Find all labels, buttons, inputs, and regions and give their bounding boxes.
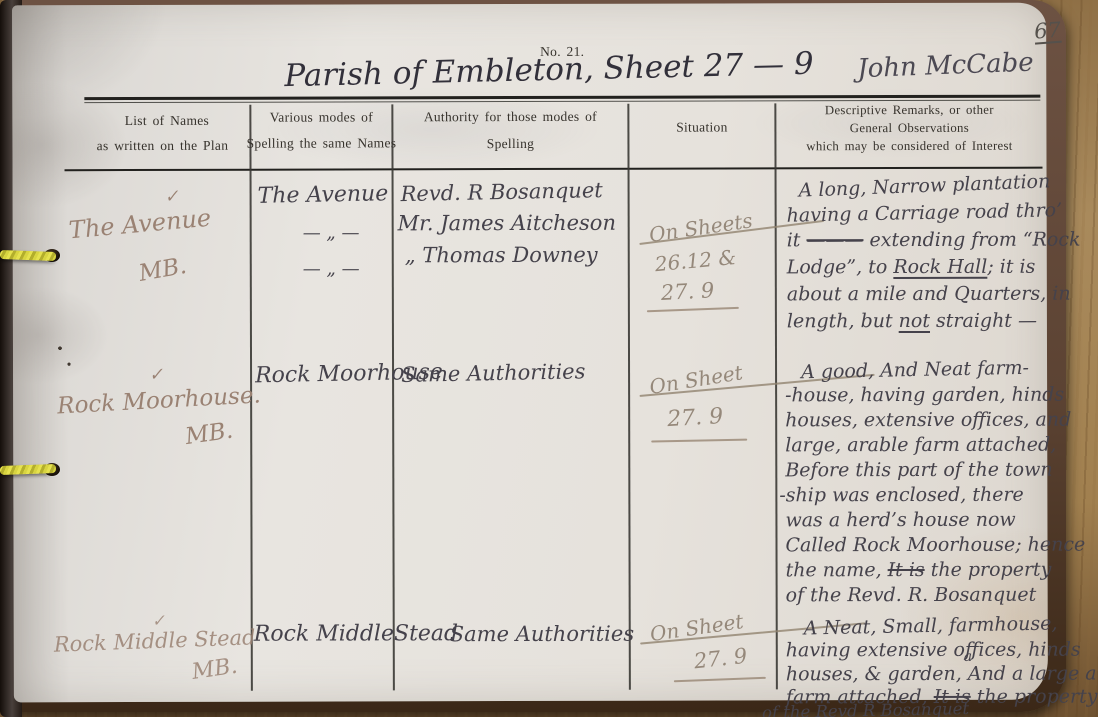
check-mark: ✓	[148, 364, 164, 385]
initials-mark: MB.	[137, 253, 189, 287]
remarks-text: straight —	[930, 310, 1037, 332]
remarks-line: A long, Narrow plantation	[798, 170, 1050, 201]
remarks-text: it	[787, 229, 807, 251]
remarks-line: -house, having garden, hinds	[785, 384, 1064, 407]
header-bottom-rule	[65, 167, 1043, 172]
column-header-remarks-3: which may be considered of Interest	[776, 139, 1042, 155]
column-divider-2	[391, 104, 394, 690]
authority-entry: Revd. R Bosanquet	[400, 178, 603, 206]
spelling-ditto: — „ —	[303, 258, 360, 279]
authority-entry: Same Authorities	[401, 359, 586, 387]
remarks-text: Lodge”, to	[787, 256, 894, 278]
remarks-text: the property	[971, 686, 1098, 708]
remarks-line: it ——— extending from “Rock	[787, 229, 1081, 252]
column-header-authority-2: Spelling	[393, 136, 627, 153]
parish-title: Parish of Embleton, Sheet 27 — 9	[284, 46, 814, 94]
remarks-line: A good, And Neat farm-	[801, 357, 1029, 384]
underlined-words: Rock Hall	[893, 256, 987, 278]
column-header-situation: Situation	[629, 119, 774, 135]
initials-mark: MB.	[190, 654, 239, 685]
authority-entry: Mr. James Aitcheson	[398, 211, 616, 236]
column-header-spelling-2: Spelling the same Names	[246, 135, 396, 151]
situation-sheet-ref: 27. 9	[693, 644, 749, 674]
authority-entry: Same Authorities	[450, 622, 634, 646]
check-mark: ✓	[164, 186, 180, 207]
column-header-names-1: List of Names	[84, 113, 249, 129]
examiner-signature: John McCabe	[857, 48, 1034, 85]
remarks-line: Lodge”, to Rock Hall; it is	[787, 256, 1036, 279]
underline	[647, 307, 739, 312]
remarks-text: the name,	[786, 559, 888, 581]
remarks-text: ; it is	[987, 256, 1035, 278]
binding-cord	[0, 250, 56, 261]
remarks-line: Before this part of the town	[785, 459, 1052, 482]
remarks-line: length, but not straight —	[787, 310, 1037, 333]
column-header-names-2: as written on the Plan	[72, 138, 252, 154]
deleted-word: ———	[806, 229, 863, 251]
remarks-line: of the Revd R Bosanquet	[762, 699, 969, 717]
remarks-line: Called Rock Moorhouse; hence	[785, 534, 1085, 557]
remarks-line: large, arable farm attached,	[785, 434, 1056, 457]
spelling-entry: The Avenue	[257, 181, 388, 209]
column-header-remarks-1: Descriptive Remarks, or other	[776, 103, 1042, 119]
spelling-entry: Rock MiddleStead	[254, 621, 458, 647]
plan-name-pencil: Rock Middle Stead	[53, 625, 256, 657]
remarks-line: -ship was enclosed, there	[779, 484, 1023, 507]
column-divider-3	[627, 104, 630, 690]
remarks-line: houses, extensive offices, and	[785, 409, 1071, 432]
spelling-ditto: — „ —	[303, 222, 360, 243]
column-divider-4	[774, 103, 777, 689]
remarks-text: extending from “Rock	[863, 229, 1080, 252]
remarks-line: A Neat, Small, farmhouse,	[804, 612, 1058, 639]
column-header-authority-1: Authority for those modes of	[393, 109, 627, 126]
underline	[674, 677, 766, 682]
remarks-line: having extensive offices, hinds	[786, 639, 1081, 662]
initials-mark: MB.	[184, 418, 235, 451]
situation-sheet-ref: 27. 9	[660, 278, 715, 305]
underline	[651, 439, 747, 443]
remarks-line: was a herd’s house now	[785, 509, 1015, 532]
name-book-page: No. 21. Parish of Embleton, Sheet 27 — 9…	[12, 3, 1048, 703]
folio-number: 67	[1033, 18, 1061, 44]
column-header-spelling-1: Various modes of	[251, 109, 391, 125]
underlined-word: not	[899, 310, 930, 332]
remarks-line: houses, & garden, And a large ara	[786, 662, 1098, 685]
remarks-line: the name, It is the property	[786, 559, 1052, 582]
plan-name-pencil: Rock Moorhouse.	[57, 382, 262, 419]
check-mark: ✓	[151, 610, 166, 630]
deleted-words: It is	[888, 559, 925, 581]
remarks-text: the property	[925, 559, 1052, 581]
remarks-line: having a Carriage road thro’	[786, 199, 1062, 227]
remarks-line: about a mile and Quarters, in	[787, 283, 1071, 306]
column-header-remarks-2: General Observations	[776, 121, 1042, 137]
plan-name-pencil: The Avenue	[68, 204, 212, 245]
authority-entry: „ Thomas Downey	[405, 243, 598, 268]
remarks-line: of the Revd. R. Bosanquet	[786, 584, 1037, 607]
remarks-text: length, but	[787, 310, 899, 332]
situation-sheet-ref: 26.12 &	[654, 245, 737, 276]
situation-sheet-ref: 27. 9	[667, 404, 724, 432]
